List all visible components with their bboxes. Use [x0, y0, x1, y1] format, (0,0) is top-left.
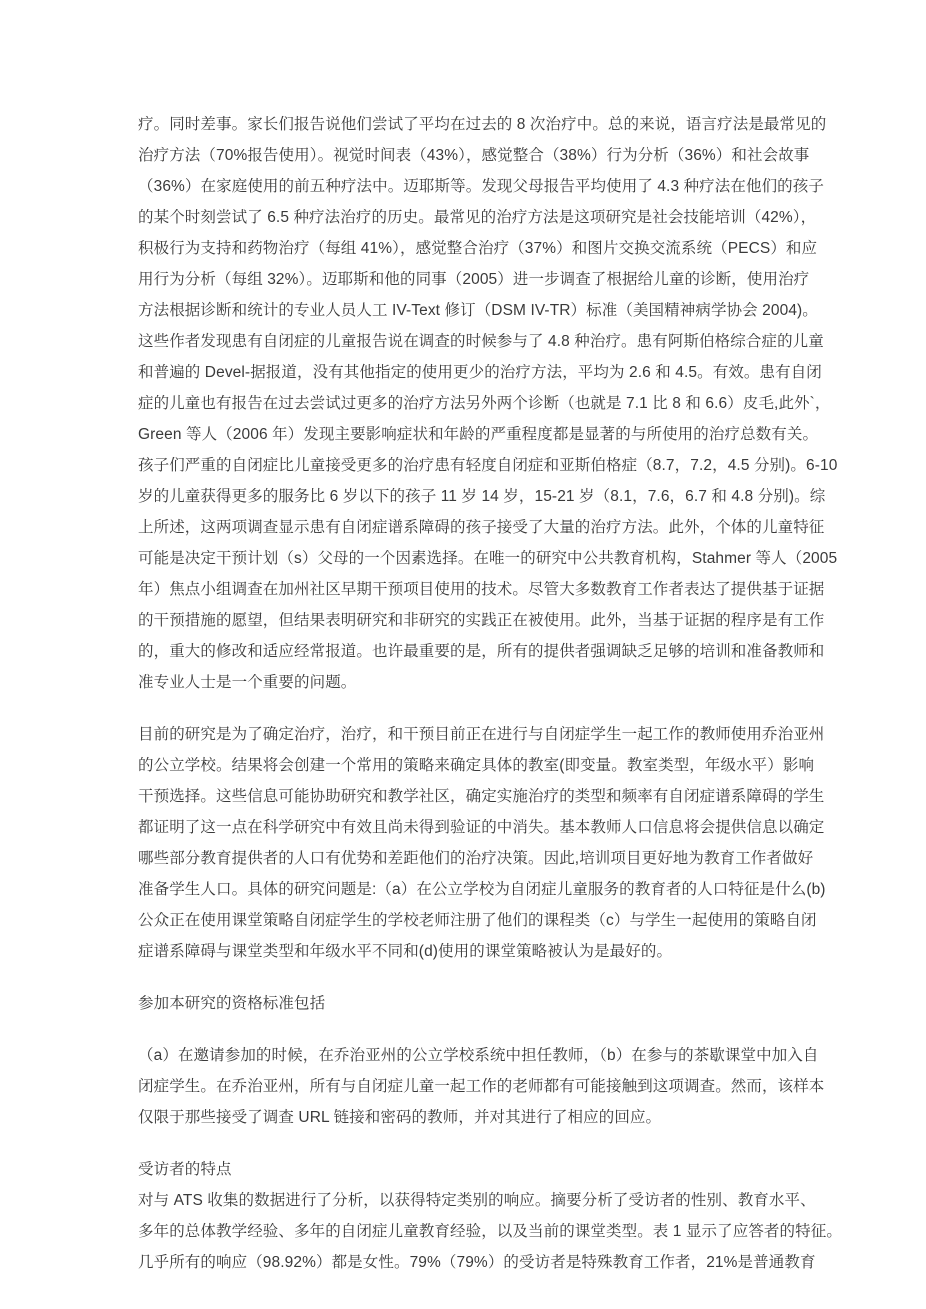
- text-line: 闭症学生。在乔治亚州，所有与自闭症儿童一起工作的老师都有可能接触到这项调查。然而…: [138, 1071, 796, 1102]
- text-line: 积极行为支持和药物治疗（每组 41%），感觉整合治疗（37%）和图片交换交流系统…: [138, 233, 796, 264]
- text-line: 几乎所有的响应（98.92%）都是女性。79%（79%）的受访者是特殊教育工作者…: [138, 1247, 796, 1278]
- text-line: 哪些部分教育提供者的人口有优势和差距他们的治疗决策。因此,培训项目更好地为教育工…: [138, 843, 796, 874]
- text-line: 准专业人士是一个重要的问题。: [138, 667, 796, 698]
- text-line: 疗。同时差事。家长们报告说他们尝试了平均在过去的 8 次治疗中。总的来说，语言疗…: [138, 109, 796, 140]
- document-page: 疗。同时差事。家长们报告说他们尝试了平均在过去的 8 次治疗中。总的来说，语言疗…: [0, 0, 926, 1309]
- text-line: 的，重大的修改和适应经常报道。也许最重要的是，所有的提供者强调缺乏足够的培训和准…: [138, 636, 796, 667]
- paragraph: 对与 ATS 收集的数据进行了分析，以获得特定类别的响应。摘要分析了受访者的性别…: [138, 1185, 796, 1278]
- paragraph: （a）在邀请参加的时候，在乔治亚州的公立学校系统中担任教师，（b）在参与的茶歇课…: [138, 1040, 796, 1133]
- text-line: 用行为分析（每组 32%）。迈耶斯和他的同事（2005）进一步调查了根据给儿童的…: [138, 264, 796, 295]
- text-line: 都证明了这一点在科学研究中有效且尚未得到验证的中消失。基本教师人口信息将会提供信…: [138, 812, 796, 843]
- text-line: 症谱系障碍与课堂类型和年级水平不同和(d)使用的课堂策略被认为是最好的。: [138, 936, 796, 967]
- text-line: 方法根据诊断和统计的专业人员人工 IV-Text 修订（DSM IV-TR）标准…: [138, 295, 796, 326]
- paragraph: 目前的研究是为了确定治疗，治疗，和干预目前正在进行与自闭症学生一起工作的教师使用…: [138, 719, 796, 967]
- text-line: 可能是决定干预计划（s）父母的一个因素选择。在唯一的研究中公共教育机构，Stah…: [138, 543, 796, 574]
- text-line: 目前的研究是为了确定治疗，治疗，和干预目前正在进行与自闭症学生一起工作的教师使用…: [138, 719, 796, 750]
- text-line: 治疗方法（70%报告使用）。视觉时间表（43%），感觉整合（38%）行为分析（3…: [138, 140, 796, 171]
- section-heading: 受访者的特点: [138, 1154, 796, 1185]
- text-line: 干预选择。这些信息可能协助研究和教学社区，确定实施治疗的类型和频率有自闭症谱系障…: [138, 781, 796, 812]
- text-line: Green 等人（2006 年）发现主要影响症状和年龄的严重程度都是显著的与所使…: [138, 419, 796, 450]
- text-line: 和普遍的 Devel-据报道，没有其他指定的使用更少的治疗方法，平均为 2.6 …: [138, 357, 796, 388]
- text-line: 这些作者发现患有自闭症的儿童报告说在调查的时候参与了 4.8 种治疗。患有阿斯伯…: [138, 326, 796, 357]
- text-line: 症的儿童也有报告在过去尝试过更多的治疗方法另外两个诊断（也就是 7.1 比 8 …: [138, 388, 796, 419]
- text-line: 的干预措施的愿望，但结果表明研究和非研究的实践正在被使用。此外，当基于证据的程序…: [138, 605, 796, 636]
- text-line: 仅限于那些接受了调查 URL 链接和密码的教师，并对其进行了相应的回应。: [138, 1102, 796, 1133]
- text-line: 年）焦点小组调查在加州社区早期干预项目使用的技术。尽管大多数教育工作者表达了提供…: [138, 574, 796, 605]
- text-line: （a）在邀请参加的时候，在乔治亚州的公立学校系统中担任教师，（b）在参与的茶歇课…: [138, 1040, 796, 1071]
- text-line: 孩子们严重的自闭症比儿童接受更多的治疗患有轻度自闭症和亚斯伯格症（8.7，7.2…: [138, 450, 796, 481]
- text-line: 对与 ATS 收集的数据进行了分析，以获得特定类别的响应。摘要分析了受访者的性别…: [138, 1185, 796, 1216]
- text-line: 的公立学校。结果将会创建一个常用的策略来确定具体的教室(即变量。教室类型，年级水…: [138, 750, 796, 781]
- section-heading: 参加本研究的资格标准包括: [138, 988, 796, 1019]
- text-line: 的某个时刻尝试了 6.5 种疗法治疗的历史。最常见的治疗方法是这项研究是社会技能…: [138, 202, 796, 233]
- text-line: 受访者的特点: [138, 1154, 796, 1185]
- text-line: （36%）在家庭使用的前五种疗法中。迈耶斯等。发现父母报告平均使用了 4.3 种…: [138, 171, 796, 202]
- text-line: 参加本研究的资格标准包括: [138, 988, 796, 1019]
- text-line: 多年的总体教学经验、多年的自闭症儿童教育经验，以及当前的课堂类型。表 1 显示了…: [138, 1216, 796, 1247]
- text-line: 准备学生人口。具体的研究问题是:（a）在公立学校为自闭症儿童服务的教育者的人口特…: [138, 874, 796, 905]
- text-line: 上所述，这两项调查显示患有自闭症谱系障碍的孩子接受了大量的治疗方法。此外，个体的…: [138, 512, 796, 543]
- paragraph: 疗。同时差事。家长们报告说他们尝试了平均在过去的 8 次治疗中。总的来说，语言疗…: [138, 109, 796, 698]
- text-line: 公众正在使用课堂策略自闭症学生的学校老师注册了他们的课程类（c）与学生一起使用的…: [138, 905, 796, 936]
- text-line: 岁的儿童获得更多的服务比 6 岁以下的孩子 11 岁 14 岁，15-21 岁（…: [138, 481, 796, 512]
